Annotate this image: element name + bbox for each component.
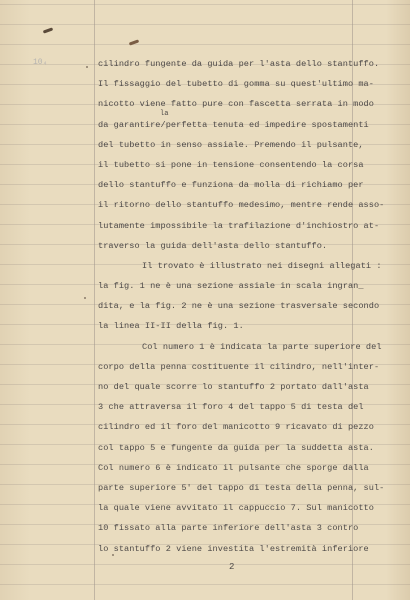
margin-rule-left [94,0,95,600]
speck [84,297,86,299]
text-line: Il trovato è illustrato nei disegni alle… [98,256,368,276]
text-line: Il fissaggio del tubetto di gomma su que… [98,74,368,94]
text-line: la linea II-II della fig. 1. [98,316,368,336]
text-line: dita, e la fig. 2 ne è una sezione trasv… [98,296,368,316]
text-line: corpo della penna costituente il cilindr… [98,357,368,377]
text-line: Col numero 1 è indicata la parte superio… [98,337,368,357]
text-line: col tappo 5 e fungente da guida per la s… [98,438,368,458]
ink-mark [129,39,139,45]
text-body: cilindro fungente da guida per l'asta de… [98,54,368,559]
margin-stamp: 10₄ [33,58,47,67]
text-line: lo stantuffo 2 viene investita l'estremi… [98,539,368,559]
text-line: Col numero 6 è indicato il pulsante che … [98,458,368,478]
text-line: cilindro ed il foro del manicotto 9 rica… [98,417,368,437]
text-line: la quale viene avvitato il cappuccio 7. … [98,498,368,518]
text-line: la fig. 1 ne è una sezione assiale in sc… [98,276,368,296]
text-line: parte superiore 5' del tappo di testa de… [98,478,368,498]
text-line: cilindro fungente da guida per l'asta de… [98,54,368,74]
text-line: da garantire/perfetta tenuta ed impedire… [98,115,368,135]
ink-mark [43,27,53,33]
text-line: no del quale scorre lo stantuffo 2 porta… [98,377,368,397]
text-line: il ritorno dello stantuffo medesimo, men… [98,195,368,215]
text-line: 10 fissato alla parte inferiore dell'ast… [98,518,368,538]
page-number: 2 [229,562,234,572]
speck [86,66,88,68]
text-line: dello stantuffo e funziona da molla di r… [98,175,368,195]
document-page: 10₄ la cilindro fungente da guida per l'… [0,0,410,600]
text-line: il tubetto si pone in tensione consenten… [98,155,368,175]
text-line: lutamente impossibile la trafilazione d'… [98,216,368,236]
text-line: nicotto viene fatto pure con fascetta se… [98,94,368,114]
text-line: del tubetto in senso assiale. Premendo i… [98,135,368,155]
text-line: traverso la guida dell'asta dello stantu… [98,236,368,256]
text-line: 3 che attraversa il foro 4 del tappo 5 d… [98,397,368,417]
